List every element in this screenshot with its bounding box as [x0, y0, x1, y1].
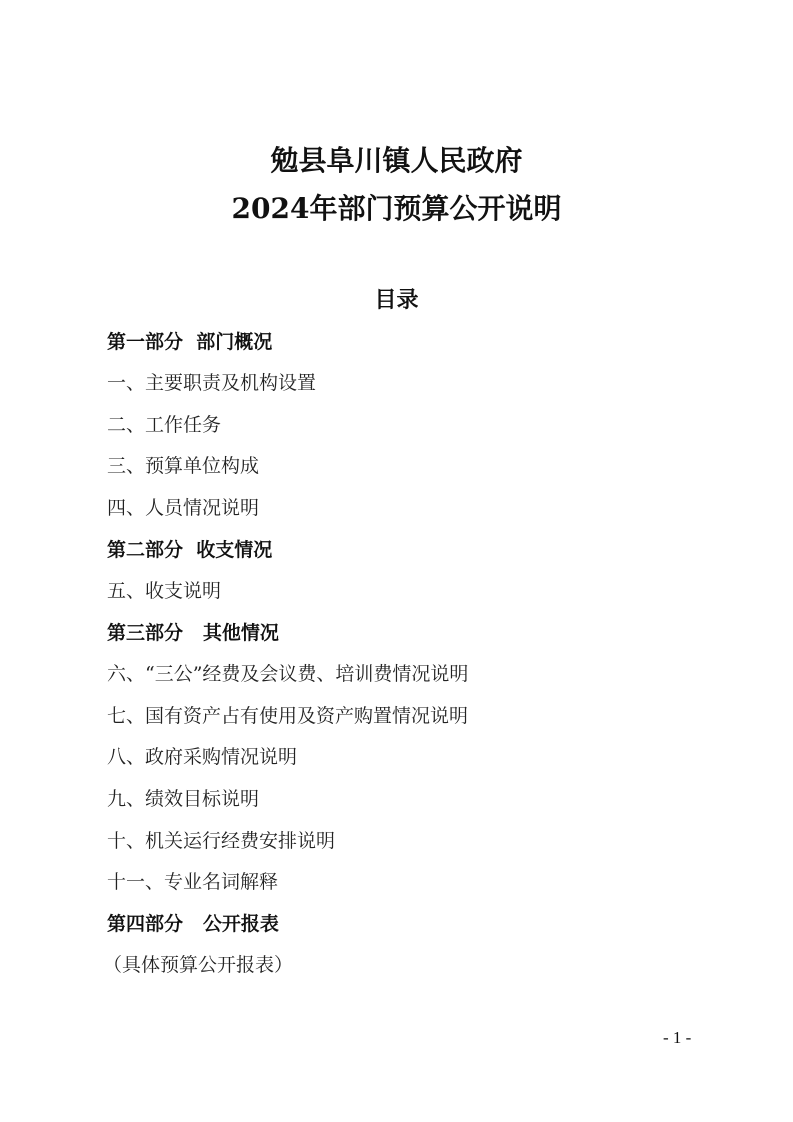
- toc-item-5: 五、收支说明: [107, 578, 221, 604]
- toc-heading: 目录: [0, 283, 793, 314]
- toc-part-3: 第三部分 其他情况: [107, 620, 279, 646]
- toc-part-4: 第四部分 公开报表: [107, 911, 279, 937]
- toc-part-2: 第二部分 收支情况: [107, 537, 272, 563]
- toc-item-7: 七、国有资产占有使用及资产购置情况说明: [107, 703, 468, 729]
- page-number: - 1 -: [663, 1028, 691, 1048]
- toc-item-reports: （具体预算公开报表）: [103, 952, 293, 978]
- toc-item-8: 八、政府采购情况说明: [107, 744, 297, 770]
- toc-item-6: 六、“三公”经费及会议费、培训费情况说明: [107, 661, 468, 687]
- document-title-line1: 勉县阜川镇人民政府: [0, 144, 793, 178]
- toc-item-10: 十、机关运行经费安排说明: [107, 828, 335, 854]
- toc-item-9: 九、绩效目标说明: [107, 786, 259, 812]
- toc-part-1: 第一部分 部门概况: [107, 329, 272, 355]
- toc-item-1: 一、主要职责及机构设置: [107, 370, 316, 396]
- document-title-line2: 2024年部门预算公开说明: [0, 192, 793, 226]
- toc-item-2: 二、工作任务: [107, 412, 221, 438]
- toc-item-11: 十一、专业名词解释: [107, 869, 278, 895]
- toc-item-4: 四、人员情况说明: [107, 495, 259, 521]
- toc-item-3: 三、预算单位构成: [107, 453, 259, 479]
